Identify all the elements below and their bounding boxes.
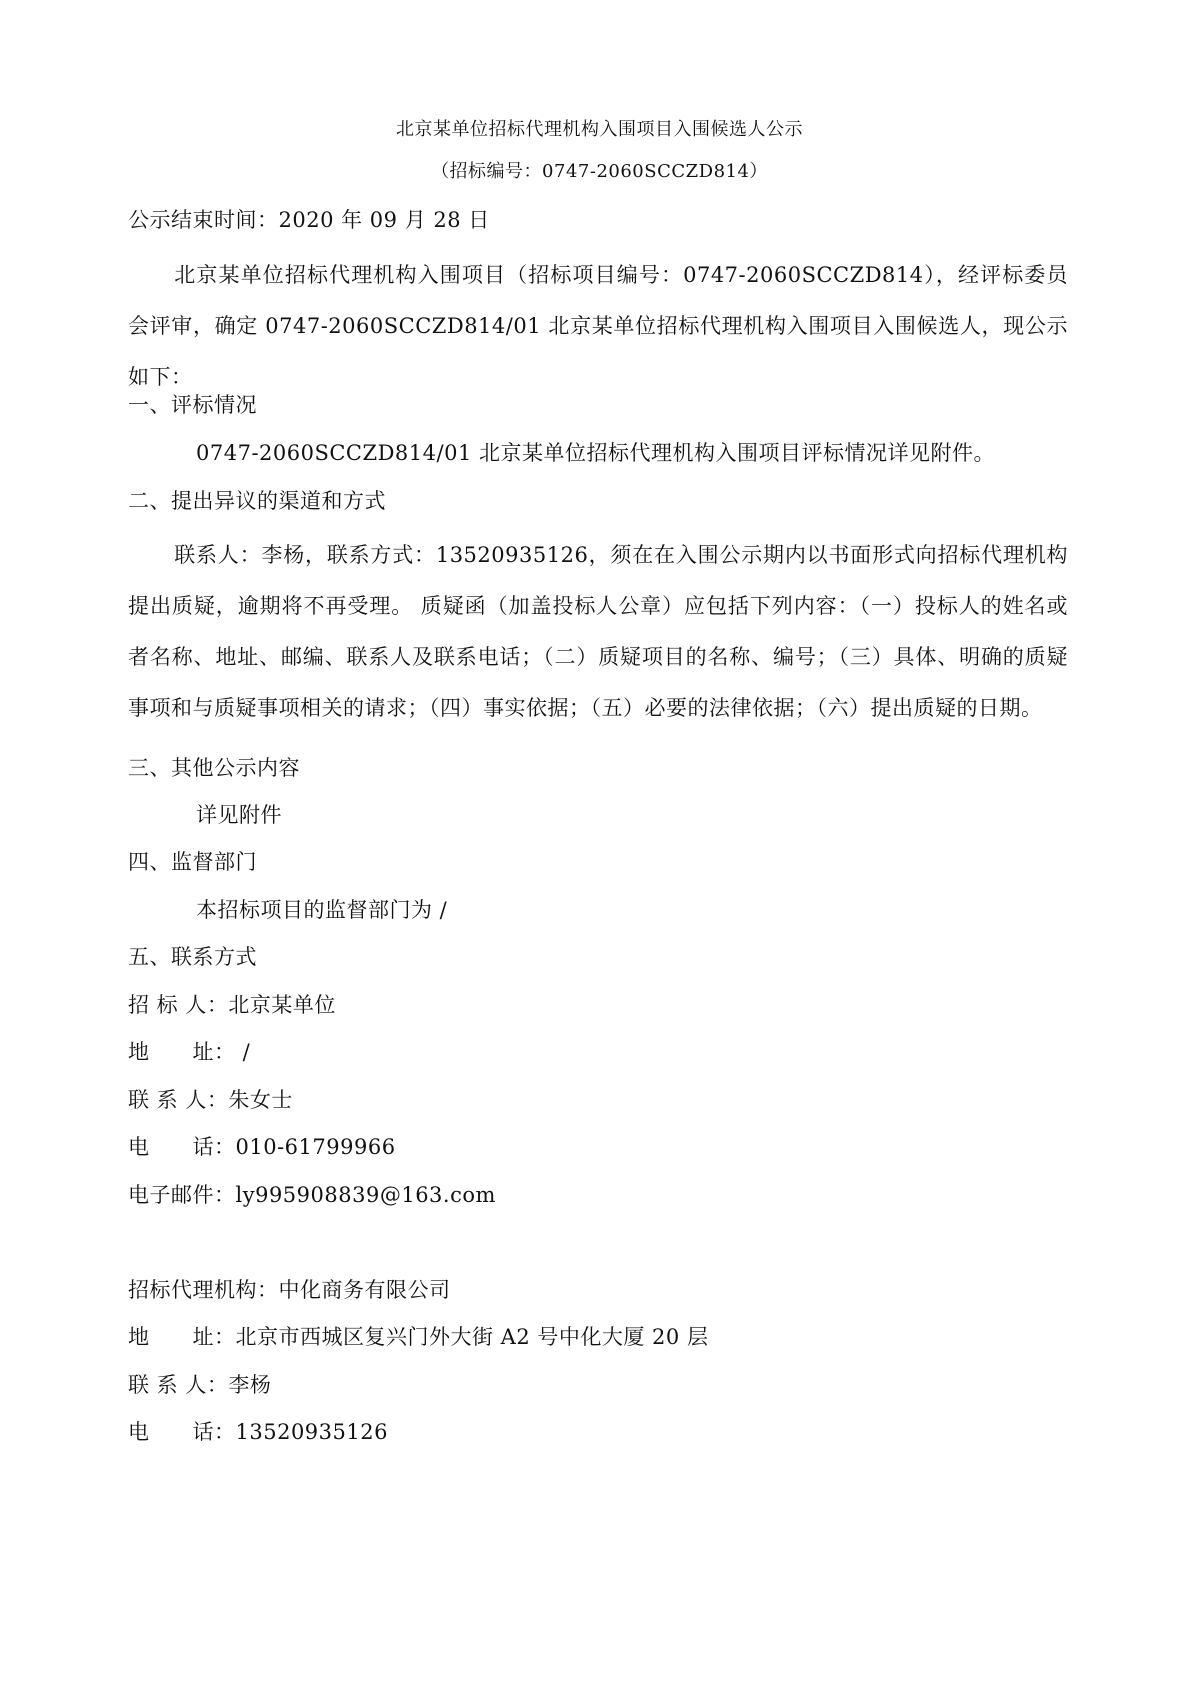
agency-name: 中化商务有限公司 — [279, 1278, 451, 1302]
section-1-heading: 一、评标情况 — [128, 390, 257, 420]
agency-name-label: 招标代理机构： — [128, 1275, 279, 1305]
tenderer-address: / — [236, 1040, 251, 1064]
section-4-heading: 四、监督部门 — [128, 847, 257, 877]
tenderer-phone-row: 电 话：010-61799966 — [128, 1132, 396, 1162]
document-page: 北京某单位招标代理机构入围项目入围候选人公示 （招标编号：0747-2060SC… — [0, 0, 1199, 1696]
agency-contact-row: 联 系 人：李杨 — [128, 1370, 271, 1400]
agency-address: 北京市西城区复兴门外大街 A2 号中化大厦 20 层 — [236, 1325, 709, 1349]
section-2-heading: 二、提出异议的渠道和方式 — [128, 486, 386, 516]
section-3-body: 详见附件 — [196, 800, 282, 830]
tenderer-email-label: 电子邮件： — [128, 1180, 236, 1210]
tenderer-email-row: 电子邮件：ly995908839@163.com — [128, 1180, 496, 1210]
agency-contact: 李杨 — [228, 1373, 271, 1397]
tenderer-contact: 朱女士 — [228, 1088, 293, 1112]
agency-phone: 13520935126 — [236, 1420, 388, 1444]
tenderer-name-label: 招 标 人： — [128, 990, 228, 1020]
tenderer-contact-label: 联 系 人： — [128, 1085, 228, 1115]
section-3-heading: 三、其他公示内容 — [128, 753, 300, 783]
section-2-body: 联系人：李杨，联系方式：13520935126，须在在入围公示期内以书面形式向招… — [128, 530, 1068, 734]
tenderer-phone-label: 电 话： — [128, 1132, 236, 1162]
agency-phone-label: 电 话： — [128, 1417, 236, 1447]
tenderer-address-label: 地 址： — [128, 1037, 236, 1067]
tenderer-name: 北京某单位 — [228, 993, 336, 1017]
document-title: 北京某单位招标代理机构入围项目入围候选人公示 — [0, 115, 1199, 145]
agency-address-row: 地 址：北京市西城区复兴门外大街 A2 号中化大厦 20 层 — [128, 1322, 708, 1352]
intro-paragraph: 北京某单位招标代理机构入围项目（招标项目编号：0747-2060SCCZD814… — [128, 250, 1068, 403]
tender-number: （招标编号：0747-2060SCCZD814） — [0, 157, 1199, 187]
tenderer-email[interactable]: ly995908839@163.com — [236, 1183, 496, 1207]
tenderer-phone: 010-61799966 — [236, 1135, 396, 1159]
tenderer-contact-row: 联 系 人：朱女士 — [128, 1085, 293, 1115]
agency-name-row: 招标代理机构：中化商务有限公司 — [128, 1275, 451, 1305]
agency-address-label: 地 址： — [128, 1322, 236, 1352]
end-time: 公示结束时间：2020 年 09 月 28 日 — [128, 205, 490, 235]
section-5-heading: 五、联系方式 — [128, 942, 257, 972]
agency-phone-row: 电 话：13520935126 — [128, 1417, 388, 1447]
tenderer-name-row: 招 标 人：北京某单位 — [128, 990, 336, 1020]
agency-contact-label: 联 系 人： — [128, 1370, 228, 1400]
section-4-body: 本招标项目的监督部门为 / — [196, 895, 447, 925]
tenderer-address-row: 地 址： / — [128, 1037, 250, 1067]
section-1-body: 0747-2060SCCZD814/01 北京某单位招标代理机构入围项目评标情况… — [196, 438, 995, 468]
